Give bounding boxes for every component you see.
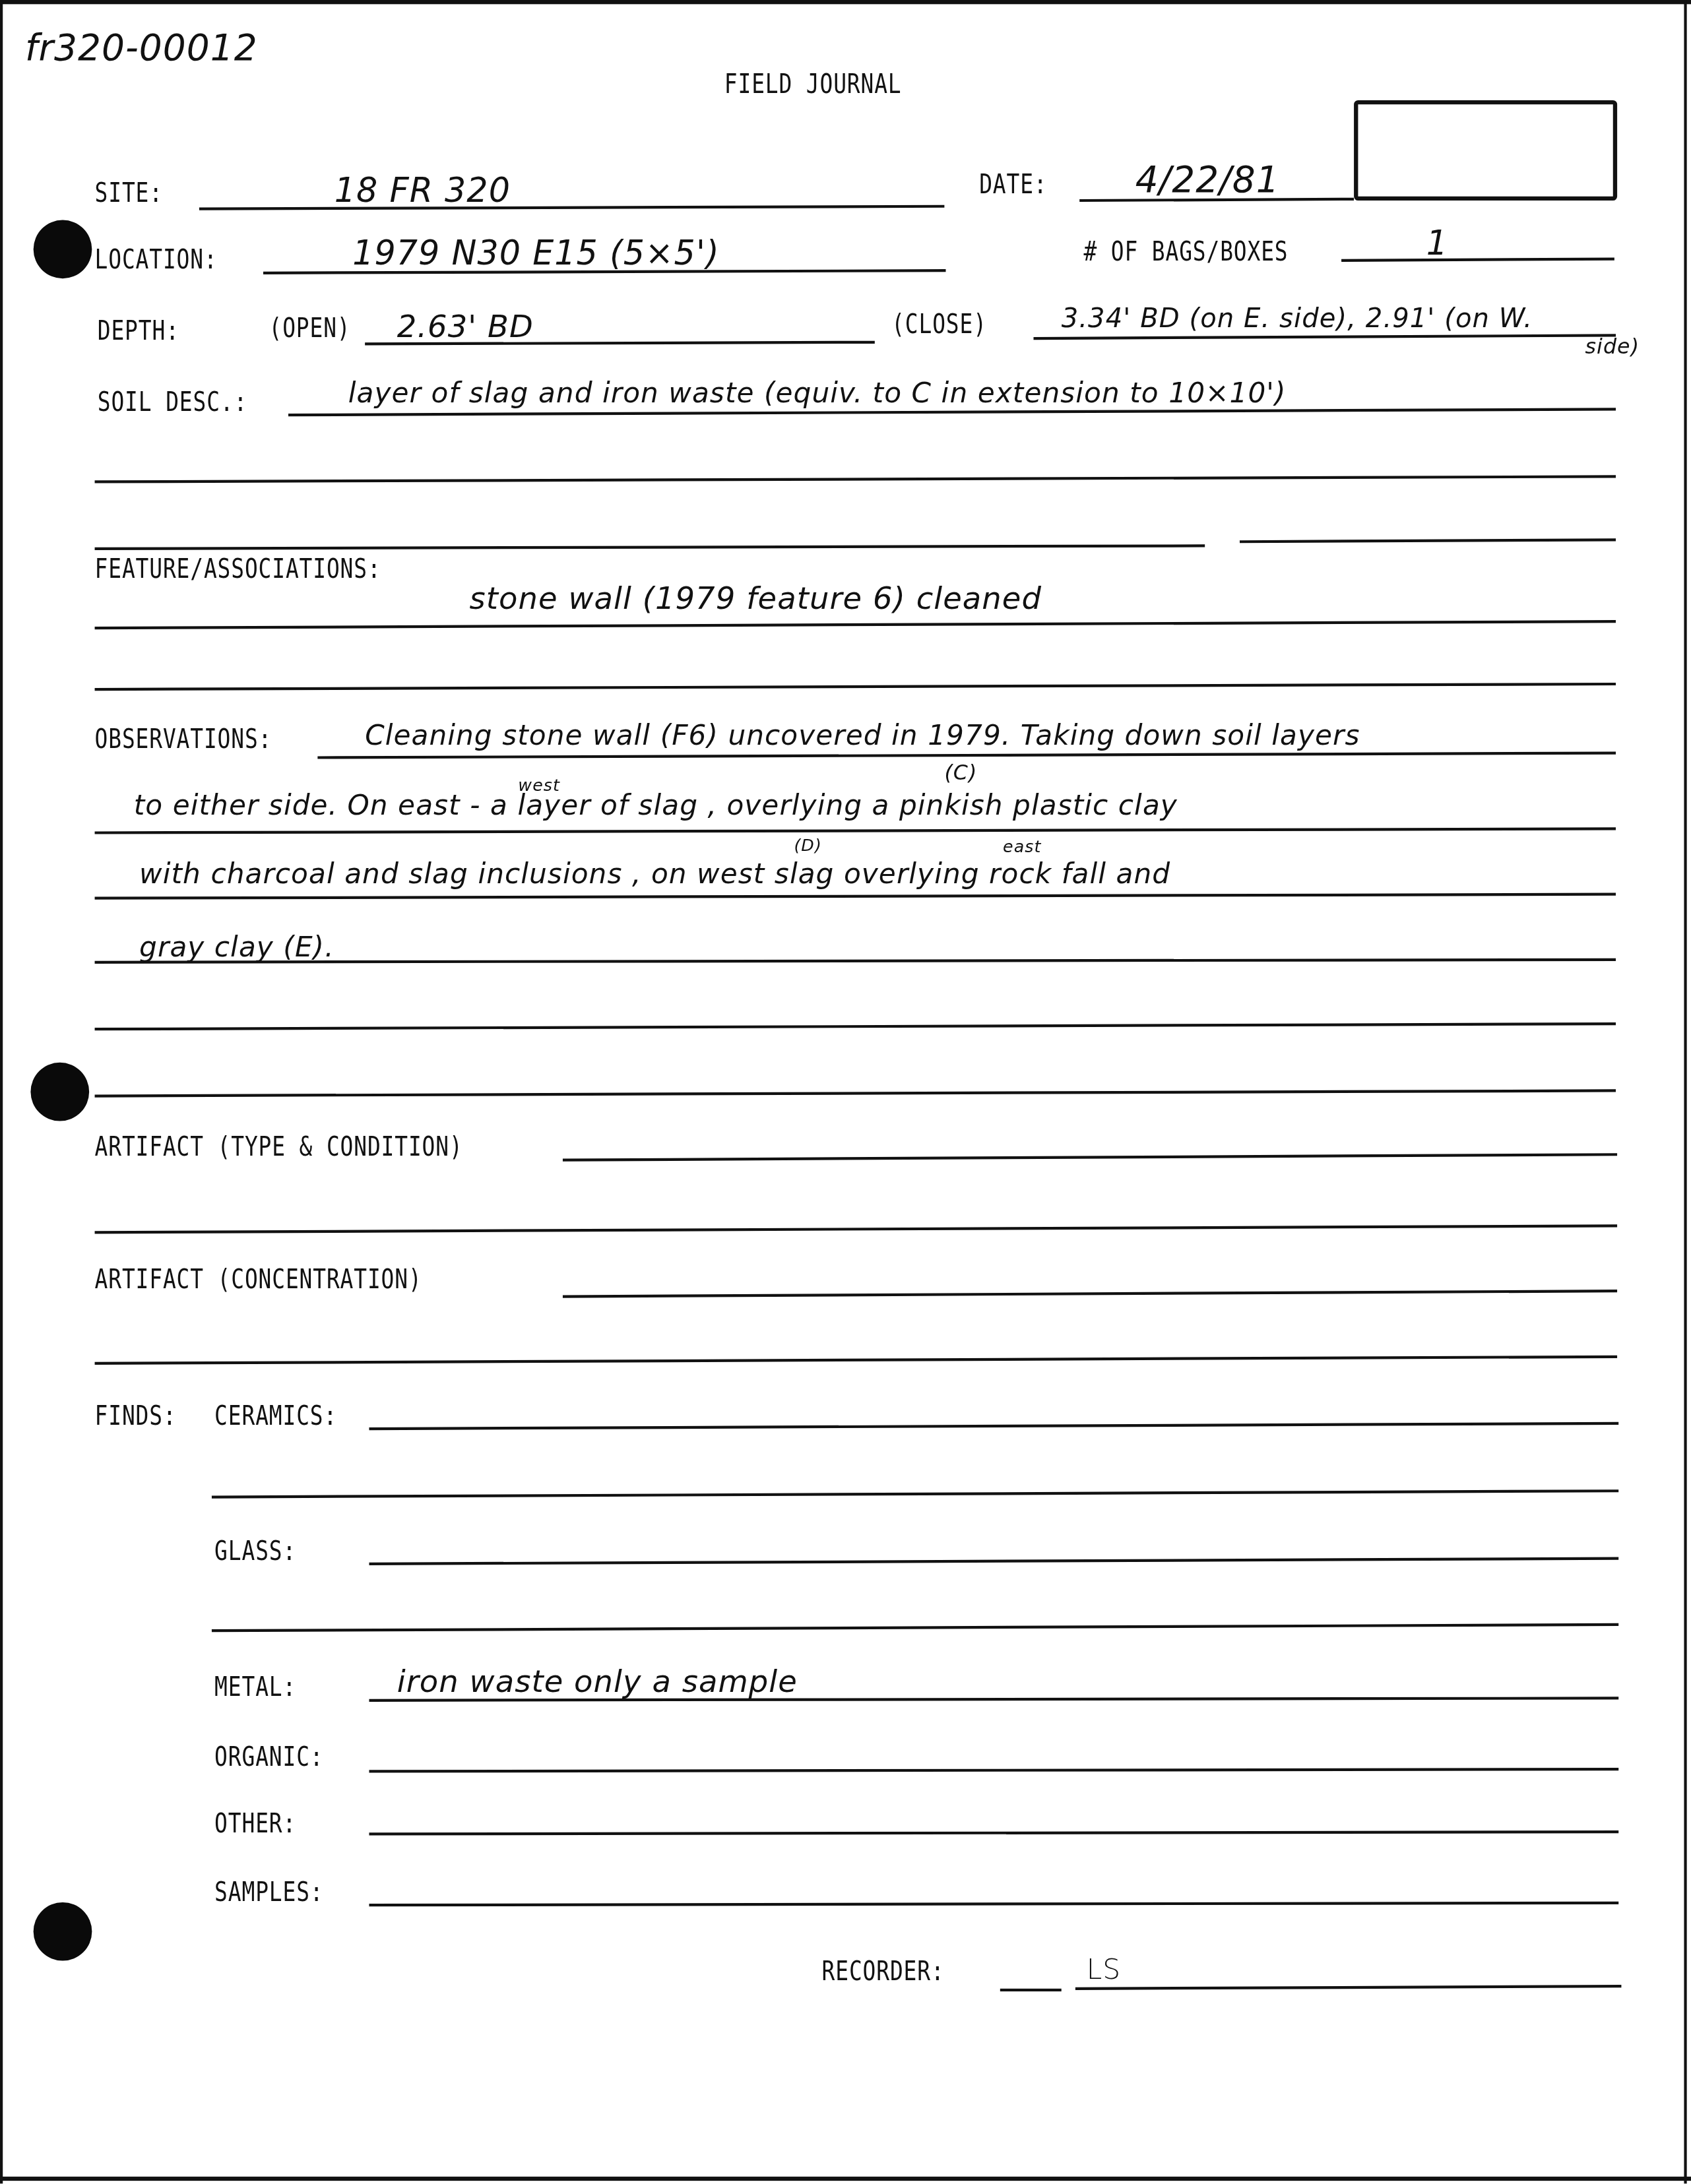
- binder-hole-icon: [34, 220, 92, 279]
- observations-line-5[interactable]: [95, 1022, 1616, 1030]
- recorder-value: LS: [1087, 1955, 1121, 1983]
- file-id: fr320-00012: [25, 30, 258, 67]
- page-border-right: [1684, 0, 1686, 2183]
- page-title: FIELD JOURNAL: [724, 73, 902, 99]
- observations-label: OBSERVATIONS:: [95, 727, 272, 753]
- artifact-type-line-2[interactable]: [95, 1224, 1618, 1233]
- date-value: 4/22/81: [1135, 163, 1280, 199]
- observation-line-4: gray clay (E).: [139, 933, 335, 961]
- recorder-label: RECORDER:: [822, 1959, 945, 1985]
- artifact-concentration-label: ARTIFACT (CONCENTRATION): [95, 1267, 422, 1294]
- observations-line-6[interactable]: [95, 1089, 1616, 1097]
- soil-desc-line-3b[interactable]: [1240, 538, 1616, 543]
- location-value: 1979 N30 E15 (5×5'): [352, 237, 720, 270]
- other-label: OTHER:: [214, 1812, 296, 1838]
- observation-line-1: Cleaning stone wall (F6) uncovered in 19…: [365, 722, 1360, 749]
- stamp-box: [1354, 100, 1617, 201]
- page-border-left: [0, 0, 3, 2183]
- samples-label: SAMPLES:: [214, 1880, 323, 1906]
- annotation-east: east: [1003, 838, 1041, 855]
- glass-label: GLASS:: [214, 1539, 296, 1565]
- depth-close-value: 3.34' BD (on E. side), 2.91' (on W.: [1062, 306, 1533, 332]
- page-border-bottom: [0, 2177, 1691, 2181]
- metal-label: METAL:: [214, 1675, 296, 1702]
- soil-desc-line-3a[interactable]: [95, 544, 1205, 550]
- glass-line-2[interactable]: [212, 1623, 1618, 1633]
- depth-close-value-cont: side): [1585, 337, 1640, 358]
- observation-line-2: to either side. On east - a layer of sla…: [134, 791, 1178, 819]
- soil-desc-value: layer of slag and iron waste (equiv. to …: [348, 379, 1287, 406]
- depth-label: DEPTH:: [98, 319, 179, 345]
- binder-hole-icon: [30, 1063, 89, 1121]
- artifact-type-label: ARTIFACT (TYPE & CONDITION): [95, 1135, 463, 1162]
- depth-open-label: (OPEN): [269, 316, 350, 342]
- field-journal-page: fr320-00012 FIELD JOURNAL SITE: 18 FR 32…: [0, 0, 1691, 2183]
- feature-value: stone wall (1979 feature 6) cleaned: [469, 585, 1042, 615]
- location-label: LOCATION:: [95, 248, 218, 274]
- site-value: 18 FR 320: [335, 174, 511, 208]
- finds-label: FINDS:: [95, 1404, 177, 1430]
- binder-hole-icon: [34, 1902, 92, 1961]
- artifact-concentration-line-2[interactable]: [95, 1356, 1618, 1365]
- page-border-top: [0, 0, 1691, 4]
- annotation-c: (C): [944, 763, 977, 784]
- organic-label: ORGANIC:: [214, 1745, 323, 1771]
- date-label: DATE:: [979, 173, 1047, 199]
- observation-line-3: with charcoal and slag inclusions , on w…: [139, 859, 1170, 887]
- annotation-west: west: [518, 777, 560, 794]
- annotation-d: (D): [794, 837, 821, 854]
- depth-close-label: (CLOSE): [891, 312, 987, 338]
- site-label: SITE:: [95, 181, 163, 207]
- soil-desc-label: SOIL DESC.:: [98, 390, 247, 416]
- feature-label: FEATURE/ASSOCIATIONS:: [95, 557, 381, 583]
- depth-open-value: 2.63' BD: [397, 313, 534, 344]
- bags-label: # OF BAGS/BOXES: [1084, 239, 1289, 266]
- bags-value: 1: [1426, 227, 1448, 261]
- soil-desc-line-2[interactable]: [95, 475, 1616, 483]
- metal-value: iron waste only a sample: [397, 1668, 798, 1699]
- ceramics-label: CERAMICS:: [214, 1404, 337, 1430]
- feature-line-2[interactable]: [95, 683, 1616, 691]
- ceramics-line-2[interactable]: [212, 1489, 1618, 1499]
